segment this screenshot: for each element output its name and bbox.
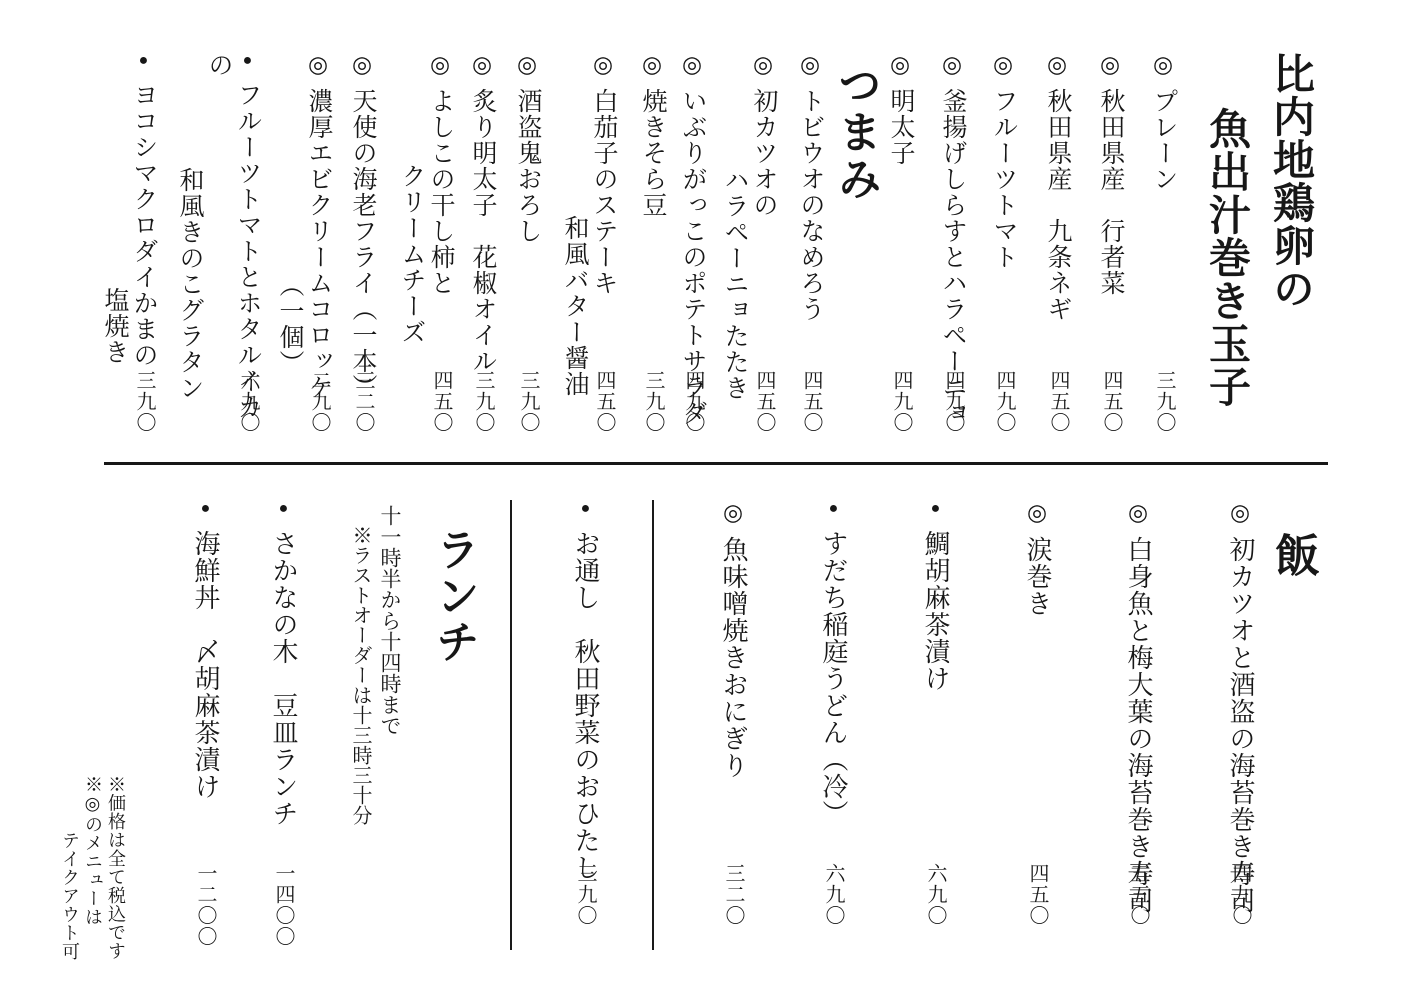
section-header-meshi: 飯 xyxy=(1264,500,1322,950)
vertical-divider xyxy=(510,500,512,950)
menu-item: ◎初カツオの ハラペーニョたたき 四五〇 xyxy=(720,52,778,437)
item-price: 四五〇 xyxy=(1043,370,1072,433)
item-name: 初カツオの xyxy=(750,88,777,218)
item-name: 魚味噌焼きおにぎり xyxy=(719,536,748,779)
menu-item: ◎炙り明太子 花椒オイル 三九〇 xyxy=(468,52,497,437)
item-name: 秋田県産 行者菜 xyxy=(1097,88,1124,296)
section-header-tsumami: つまみ xyxy=(827,52,883,437)
menu-item: ◎プレーン 三九〇 xyxy=(1149,52,1178,437)
item-price: 一四〇〇 xyxy=(268,863,298,947)
menu-item: ◎秋田県産 行者菜 四五〇 xyxy=(1096,52,1125,437)
item-name: 秋田県産 九条ネギ xyxy=(1044,88,1071,322)
footnotes: ※価格は全て税込です ※◎のメニューは テイクアウト可 xyxy=(58,775,127,995)
item-price: 四五〇 xyxy=(1022,863,1052,926)
item-marker: ● xyxy=(197,500,214,518)
item-price: 一二〇〇 xyxy=(190,863,220,947)
item-price: 六九〇 xyxy=(818,863,848,926)
item-marker: ◎ xyxy=(306,52,331,79)
item-price: 三九〇 xyxy=(468,370,497,433)
item-marker: ◎ xyxy=(591,52,616,79)
item-price: 四五〇 xyxy=(749,370,778,433)
menu-page: 比内地鶏卵の 魚出汁巻き玉子 ◎プレーン 三九〇 ◎秋田県産 行者菜 四五〇 ◎… xyxy=(0,0,1416,1002)
item-price: 二九〇 xyxy=(304,370,333,433)
menu-item: ◎酒盗鬼おろし 三九〇 xyxy=(513,52,542,437)
item-price: 三九〇 xyxy=(513,370,542,433)
menu-item: ●すだち稲庭うどん（冷） 六九〇 xyxy=(818,500,848,950)
item-marker: ◎ xyxy=(515,52,540,79)
item-marker: ◎ xyxy=(991,52,1016,79)
item-name-line: （一個） xyxy=(275,52,304,437)
item-marker: ◎ xyxy=(428,52,453,79)
item-price: 三二〇 xyxy=(718,863,748,926)
item-marker: ◎ xyxy=(1045,52,1070,79)
section-header-lunch: ランチ xyxy=(425,500,481,950)
menu-title-line: 魚出汁巻き玉子 xyxy=(1194,52,1258,437)
item-marker: ◎ xyxy=(721,500,746,527)
item-price: 三九〇 xyxy=(570,863,600,926)
item-name-line: クリームチーズ xyxy=(397,52,426,437)
item-marker: ◎ xyxy=(680,52,705,79)
item-price: 四九〇 xyxy=(989,370,1018,433)
item-marker: ◎ xyxy=(798,52,823,79)
item-name: お通し 秋田野菜のおひたし xyxy=(571,530,600,881)
item-name: 炙り明太子 花椒オイル xyxy=(469,88,496,374)
item-marker: ◎ xyxy=(1228,500,1253,527)
item-price: 四九〇 xyxy=(938,370,967,433)
menu-item-otoshi: ●お通し 秋田野菜のおひたし 三九〇 xyxy=(570,500,600,950)
menu-item: ◎いぶりがっこのポテトサラダ 四九〇 xyxy=(678,52,707,437)
item-name-line: 和風きのこグラタン xyxy=(175,52,204,437)
item-price: 四五〇 xyxy=(796,370,825,433)
item-marker: ◎ xyxy=(888,52,913,79)
menu-item: ◎釜揚げしらすとハラペーニョ 四九〇 xyxy=(938,52,967,437)
menu-item: ●鯛胡麻茶漬け 六九〇 xyxy=(920,500,950,950)
menu-item: ●フルーツトマトとホタルイカの 和風きのこグラタン 六九〇 xyxy=(175,52,262,437)
menu-title: 比内地鶏卵の 魚出汁巻き玉子 xyxy=(1194,52,1322,437)
item-name-line: ハラペーニョたたき xyxy=(720,52,749,437)
lunch-last-order: ※ラストオーダーは十三時三十分 xyxy=(347,500,373,950)
item-name: ヨコシマクロダイかまの xyxy=(130,82,157,368)
item-name: 鯛胡麻茶漬け xyxy=(921,530,950,692)
footnote-line: ※◎のメニューは xyxy=(81,775,104,995)
item-price: 四九〇 xyxy=(1225,863,1255,926)
item-name: 初カツオと酒盗の海苔巻き寿司 xyxy=(1226,536,1255,914)
item-marker: ● xyxy=(825,500,842,518)
menu-title-line: 比内地鶏卵の xyxy=(1258,52,1322,437)
item-marker: ◎ xyxy=(470,52,495,79)
menu-item: ●海鮮丼 〆胡麻茶漬け 一二〇〇 xyxy=(190,500,220,950)
vertical-divider xyxy=(652,500,654,950)
item-price: 四九〇 xyxy=(886,370,915,433)
item-marker: ● xyxy=(239,52,256,70)
menu-item: ◎フルーツトマト 四九〇 xyxy=(989,52,1018,437)
menu-item: ◎涙巻き 四五〇 xyxy=(1022,500,1052,950)
item-name: 海鮮丼 〆胡麻茶漬け xyxy=(191,530,220,800)
item-marker: ◎ xyxy=(350,52,375,79)
item-price: 三二〇 xyxy=(348,370,377,433)
menu-item: ◎白茄子のステーキ 和風バター醤油 四五〇 xyxy=(560,52,618,437)
item-name: すだち稲庭うどん（冷） xyxy=(819,530,848,827)
item-marker: ◎ xyxy=(1098,52,1123,79)
footnote-line: ※価格は全て税込です xyxy=(104,775,127,995)
item-name: プレーン xyxy=(1150,88,1177,192)
menu-item: ●さかなの木 豆皿ランチ 一四〇〇 xyxy=(268,500,298,950)
item-name: さかなの木 豆皿ランチ xyxy=(269,530,298,827)
item-name: 焼きそら豆 xyxy=(639,88,666,218)
menu-item: ◎濃厚エビクリームコロッケ （一個） 二九〇 xyxy=(275,52,333,437)
item-marker: ● xyxy=(577,500,594,518)
item-price: 三九〇 xyxy=(638,370,667,433)
item-price: 六九〇 xyxy=(920,863,950,926)
bottom-section: 飯 ◎初カツオと酒盗の海苔巻き寿司 四九〇 ◎白身魚と梅大葉の海苔巻き寿司 五五… xyxy=(190,500,1322,950)
item-marker: ● xyxy=(135,52,152,70)
menu-item: ◎白身魚と梅大葉の海苔巻き寿司 五五〇 xyxy=(1123,500,1153,950)
item-name: フルーツトマトとホタルイカの xyxy=(205,52,261,420)
item-price: 五五〇 xyxy=(1123,863,1153,926)
footnote-line: テイクアウト可 xyxy=(58,775,81,995)
item-name: 濃厚エビクリームコロッケ xyxy=(305,88,332,400)
menu-item: ◎よしこの干し柿と クリームチーズ 四五〇 xyxy=(397,52,455,437)
item-marker: ◎ xyxy=(1025,500,1050,527)
item-price: 六九〇 xyxy=(233,370,262,433)
horizontal-divider xyxy=(104,462,1328,465)
item-name: 涙巻き xyxy=(1023,536,1052,617)
item-marker: ◎ xyxy=(751,52,776,79)
item-name: 白身魚と梅大葉の海苔巻き寿司 xyxy=(1124,536,1153,914)
item-price: 四五〇 xyxy=(426,370,455,433)
item-name: 天使の海老フライ（一本） xyxy=(349,88,376,400)
item-price: 三九〇 xyxy=(129,370,158,433)
menu-item: ●ヨコシマクロダイかまの 塩焼き 三九〇 xyxy=(100,52,158,437)
menu-item: ◎トビウオのなめろう 四五〇 xyxy=(796,52,825,437)
menu-item: ◎初カツオと酒盗の海苔巻き寿司 四九〇 xyxy=(1225,500,1255,950)
item-name: 明太子 xyxy=(887,88,914,166)
item-price: 三九〇 xyxy=(1149,370,1178,433)
item-marker: ◎ xyxy=(940,52,965,79)
lunch-hours: 十一時半から十四時まで xyxy=(377,500,403,950)
item-name: フルーツトマト xyxy=(990,88,1017,270)
item-price: 四五〇 xyxy=(1096,370,1125,433)
menu-item: ◎明太子 四九〇 xyxy=(886,52,915,437)
menu-item: ◎天使の海老フライ（一本） 三二〇 xyxy=(348,52,377,437)
menu-item: ◎焼きそら豆 三九〇 xyxy=(638,52,667,437)
item-name: よしこの干し柿と xyxy=(427,88,454,296)
item-marker: ● xyxy=(275,500,292,518)
item-marker: ◎ xyxy=(640,52,665,79)
top-section: 比内地鶏卵の 魚出汁巻き玉子 ◎プレーン 三九〇 ◎秋田県産 行者菜 四五〇 ◎… xyxy=(100,52,1322,437)
item-name: トビウオのなめろう xyxy=(797,88,824,322)
item-marker: ◎ xyxy=(1151,52,1176,79)
item-name-line: 和風バター醤油 xyxy=(560,52,589,437)
menu-item: ◎秋田県産 九条ネギ 四五〇 xyxy=(1043,52,1072,437)
item-name: 白茄子のステーキ xyxy=(590,88,617,296)
item-name-line: 塩焼き xyxy=(100,52,129,437)
item-marker: ● xyxy=(927,500,944,518)
menu-item: ◎魚味噌焼きおにぎり 三二〇 xyxy=(718,500,748,950)
item-marker: ◎ xyxy=(1126,500,1151,527)
item-price: 四五〇 xyxy=(589,370,618,433)
item-price: 四九〇 xyxy=(678,370,707,433)
item-name: 酒盗鬼おろし xyxy=(514,88,541,244)
